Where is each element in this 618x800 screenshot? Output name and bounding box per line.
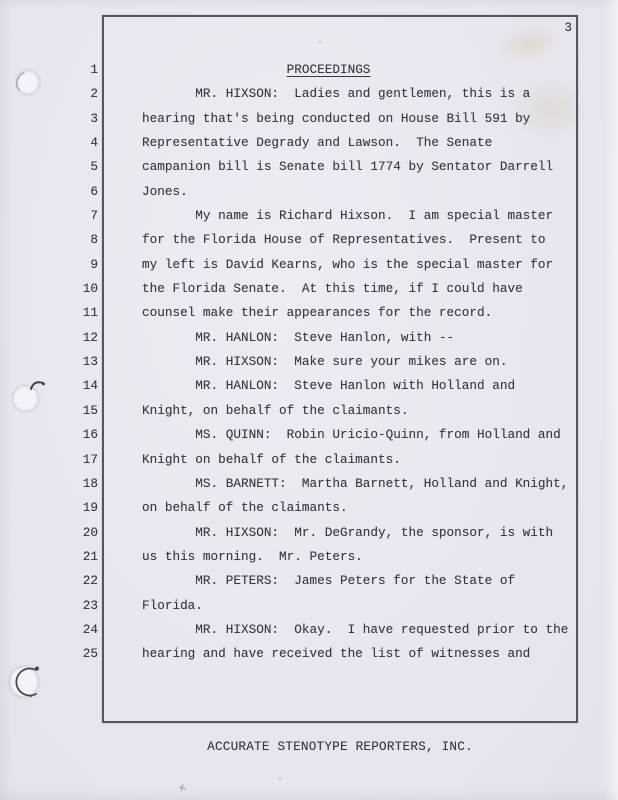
transcript-line: 7 My name is Richard Hixson. I am specia… xyxy=(0,204,618,228)
line-number: 16 xyxy=(0,423,98,447)
transcript-line: 21us this morning. Mr. Peters. xyxy=(0,545,618,569)
transcript-line: 24 MR. HIXSON: Okay. I have requested pr… xyxy=(0,618,618,642)
line-number: 20 xyxy=(0,521,98,545)
line-text: the Florida Senate. At this time, if I c… xyxy=(142,277,523,301)
line-number: 3 xyxy=(0,107,98,131)
line-text: Jones. xyxy=(142,180,188,204)
line-number: 4 xyxy=(0,131,98,155)
line-number: 5 xyxy=(0,155,98,179)
line-text: us this morning. Mr. Peters. xyxy=(142,545,363,569)
line-text: hearing and have received the list of wi… xyxy=(142,642,530,666)
transcript-line: 23Florida. xyxy=(0,594,618,618)
transcript-line: 1 PROCEEDINGS xyxy=(0,58,618,82)
line-text: MR. HANLON: Steve Hanlon with Holland an… xyxy=(142,374,515,398)
line-number: 21 xyxy=(0,545,98,569)
transcript-line: 12 MR. HANLON: Steve Hanlon, with -- xyxy=(0,326,618,350)
transcript-line: 9my left is David Kearns, who is the spe… xyxy=(0,253,618,277)
line-number: 25 xyxy=(0,642,98,666)
line-text: counsel make their appearances for the r… xyxy=(142,301,492,325)
transcript-line: 18 MS. BARNETT: Martha Barnett, Holland … xyxy=(0,472,618,496)
line-number: 13 xyxy=(0,350,98,374)
transcript-line: 6Jones. xyxy=(0,180,618,204)
line-text: for the Florida House of Representatives… xyxy=(142,228,546,252)
line-text: Knight on behalf of the claimants. xyxy=(142,448,401,472)
transcript-line: 4Representative Degrady and Lawson. The … xyxy=(0,131,618,155)
line-number: 12 xyxy=(0,326,98,350)
transcript-line: 25hearing and have received the list of … xyxy=(0,642,618,666)
line-text: my left is David Kearns, who is the spec… xyxy=(142,253,553,277)
transcript-line: 15Knight, on behalf of the claimants. xyxy=(0,399,618,423)
line-text: My name is Richard Hixson. I am special … xyxy=(142,204,553,228)
line-text: Representative Degrady and Lawson. The S… xyxy=(142,131,492,155)
line-text: Florida. xyxy=(142,594,203,618)
line-text: PROCEEDINGS xyxy=(142,58,370,82)
transcript-line: 19on behalf of the claimants. xyxy=(0,496,618,520)
line-text: campanion bill is Senate bill 1774 by Se… xyxy=(142,155,553,179)
line-text: hearing that's being conducted on House … xyxy=(142,107,530,131)
punch-hole-bottom xyxy=(10,667,38,697)
line-number: 11 xyxy=(0,301,98,325)
line-number: 22 xyxy=(0,569,98,593)
transcript-body: 1 PROCEEDINGS2 MR. HIXSON: Ladies and ge… xyxy=(0,58,618,667)
line-number: 14 xyxy=(0,374,98,398)
line-number: 8 xyxy=(0,228,98,252)
transcript-line: 22 MR. PETERS: James Peters for the Stat… xyxy=(0,569,618,593)
line-text: MR. HIXSON: Okay. I have requested prior… xyxy=(142,618,568,642)
line-number: 17 xyxy=(0,448,98,472)
transcript-line: 14 MR. HANLON: Steve Hanlon with Holland… xyxy=(0,374,618,398)
transcript-line: 13 MR. HIXSON: Make sure your mikes are … xyxy=(0,350,618,374)
line-number: 2 xyxy=(0,82,98,106)
transcript-line: 5campanion bill is Senate bill 1774 by S… xyxy=(0,155,618,179)
line-number: 6 xyxy=(0,180,98,204)
transcript-line: 16 MS. QUINN: Robin Uricio-Quinn, from H… xyxy=(0,423,618,447)
line-text: MR. HIXSON: Mr. DeGrandy, the sponsor, i… xyxy=(142,521,553,545)
transcript-line: 8for the Florida House of Representative… xyxy=(0,228,618,252)
proceedings-heading: PROCEEDINGS xyxy=(287,62,371,77)
line-text: MR. HIXSON: Make sure your mikes are on. xyxy=(142,350,507,374)
line-text: MR. PETERS: James Peters for the State o… xyxy=(142,569,515,593)
scanned-transcript-page: 3 1 PROCEEDINGS2 MR. HIXSON: Ladies and … xyxy=(0,0,618,800)
line-text: on behalf of the claimants. xyxy=(142,496,348,520)
line-text: MR. HIXSON: Ladies and gentlemen, this i… xyxy=(142,82,530,106)
transcript-line: 17Knight on behalf of the claimants. xyxy=(0,448,618,472)
line-number: 10 xyxy=(0,277,98,301)
line-text: MR. HANLON: Steve Hanlon, with -- xyxy=(142,326,454,350)
line-number: 24 xyxy=(0,618,98,642)
transcript-line: 3hearing that's being conducted on House… xyxy=(0,107,618,131)
line-number: 7 xyxy=(0,204,98,228)
transcript-line: 11counsel make their appearances for the… xyxy=(0,301,618,325)
line-number: 9 xyxy=(0,253,98,277)
line-text: Knight, on behalf of the claimants. xyxy=(142,399,408,423)
line-number: 18 xyxy=(0,472,98,496)
line-number: 15 xyxy=(0,399,98,423)
line-text: MS. BARNETT: Martha Barnett, Holland and… xyxy=(142,472,568,496)
line-text: MS. QUINN: Robin Uricio-Quinn, from Holl… xyxy=(142,423,561,447)
transcript-line: 2 MR. HIXSON: Ladies and gentlemen, this… xyxy=(0,82,618,106)
transcript-line: 20 MR. HIXSON: Mr. DeGrandy, the sponsor… xyxy=(0,521,618,545)
line-number: 1 xyxy=(0,58,98,82)
page-number: 3 xyxy=(564,21,572,35)
line-number: 19 xyxy=(0,496,98,520)
line-number: 23 xyxy=(0,594,98,618)
transcript-line: 10the Florida Senate. At this time, if I… xyxy=(0,277,618,301)
reporter-footer: ACCURATE STENOTYPE REPORTERS, INC. xyxy=(102,739,578,754)
